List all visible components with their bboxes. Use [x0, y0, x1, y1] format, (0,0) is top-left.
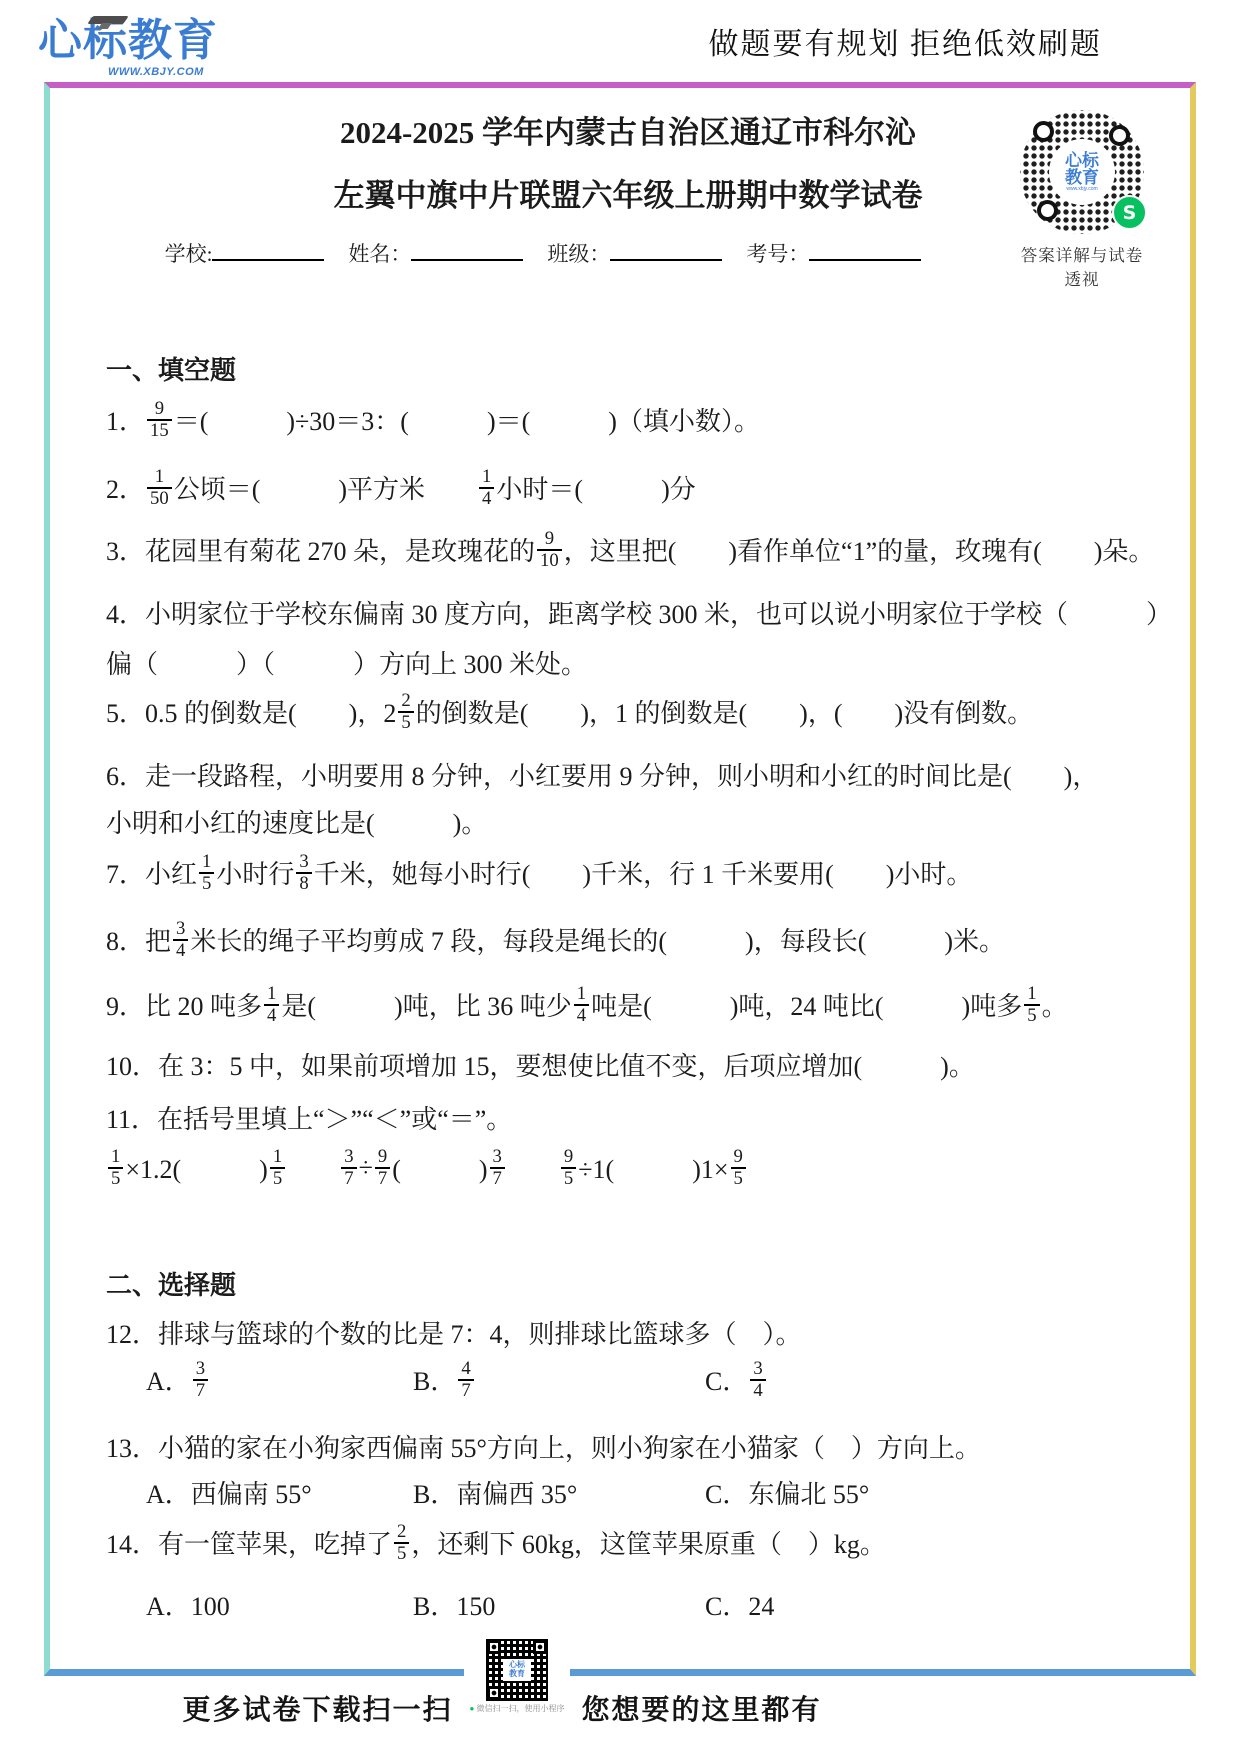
question-14-options: A．100 B．150 C．24: [106, 1582, 1150, 1628]
fraction: 37: [490, 1147, 505, 1188]
question-6-line1: 6．走一段路程，小明要用 8 分钟，小红要用 9 分钟，则小明和小红的时间比是(…: [106, 752, 1150, 798]
school-blank: [212, 238, 324, 261]
option-b: B．南偏西 35°: [413, 1474, 705, 1511]
name-blank: [411, 238, 523, 261]
question-12: 12．排球与篮球的个数的比是 7：4，则排球比篮球多（ ）。: [106, 1310, 1150, 1356]
class-label: 班级：: [547, 238, 722, 268]
answer-qr-code: 心标 教育 www.xbjy.com S: [1020, 110, 1144, 234]
question-7: 7．小红15小时行38千米，她每小时行( )千米，行 1 千米要用( )小时。: [106, 850, 1150, 896]
question-8: 8．把34米长的绳子平均剪成 7 段，每段是绳长的( )，每段长( )米。: [106, 917, 1150, 963]
fraction: 25: [398, 691, 413, 732]
paper-title-line1: 2024-2025 学年内蒙古自治区通辽市科尔沁: [106, 114, 1150, 153]
fraction: 150: [147, 467, 172, 508]
option-c: C．东偏北 55°: [705, 1474, 1150, 1511]
fraction: 95: [731, 1147, 746, 1188]
question-3: 3．花园里有菊花 270 朵，是玫瑰花的910，这里把( )看作单位“1”的量，…: [106, 527, 1150, 573]
fraction: 38: [296, 852, 311, 893]
footer-right-text: 您想要的这里都有: [582, 1688, 822, 1728]
qr-finder-square-icon: [487, 1686, 501, 1700]
class-blank: [610, 238, 722, 261]
download-qr-block: 心标 教育 ● 微信扫一扫，使用小程序: [464, 1636, 569, 1714]
fraction: 15: [270, 1147, 285, 1188]
mini-program-icon: S: [1112, 195, 1147, 230]
qr-finder-ring-icon: [1109, 125, 1130, 146]
option-b: B．150: [413, 1586, 705, 1623]
header-slogan: 做题要有规划 拒绝低效刷题: [709, 19, 1103, 63]
fraction: 34: [750, 1359, 765, 1400]
option-a: A．37: [146, 1359, 413, 1400]
question-1: 1．915＝( )÷30＝3：( )＝( )（填小数）。: [106, 397, 1150, 443]
question-13-options: A．西偏南 55° B．南偏西 35° C．东偏北 55°: [106, 1470, 1150, 1516]
question-14: 14．有一筐苹果，吃掉了25，还剩下 60kg，这筐苹果原重（ ）kg。: [106, 1520, 1150, 1566]
brand-logo-url: WWW.XBJY.COM: [108, 67, 204, 78]
fraction: 15: [108, 1147, 123, 1188]
fraction: 47: [458, 1359, 473, 1400]
school-label: 学校:: [165, 238, 325, 268]
fraction: 37: [193, 1359, 208, 1400]
exam-no-blank: [809, 238, 921, 261]
footer-left-text: 更多试卷下载扫一扫: [182, 1688, 452, 1728]
fraction: 14: [479, 467, 494, 508]
option-a: A．100: [146, 1586, 413, 1623]
question-11: 11．在括号里填上“＞”“＜”或“＝”。: [106, 1095, 1150, 1141]
qr-finder-square-icon: [533, 1640, 547, 1654]
answer-qr-caption: 答案详解与试卷透视: [1014, 242, 1150, 290]
download-qr-code: 心标 教育: [486, 1639, 548, 1701]
qr-mini-caption: ● 微信扫一扫，使用小程序: [469, 1703, 564, 1714]
student-info-row: 学校: 姓名： 班级： 考号：: [106, 238, 980, 268]
question-4-line2: 偏（ ）（ ）方向上 300 米处。: [106, 640, 1150, 686]
option-b: B．47: [413, 1359, 705, 1400]
fraction: 14: [264, 984, 279, 1025]
top-bar: 心标教育 WWW.XBJY.COM 做题要有规划 拒绝低效刷题: [0, 0, 1240, 82]
brand-logo-text: 心标教育: [38, 16, 218, 65]
option-c: C．34: [705, 1359, 1150, 1400]
question-10: 10．在 3：5 中，如果前项增加 15，要想使比值不变，后项应增加( )。: [106, 1042, 1150, 1088]
footer: 更多试卷下载扫一扫 心标 教育 ● 微信扫一扫，使用小程序 您想要的这里都有: [0, 1688, 1004, 1728]
question-13: 13．小猫的家在小狗家西偏南 55°方向上，则小狗家在小猫家（ ）方向上。: [106, 1424, 1150, 1470]
fraction: 37: [341, 1147, 356, 1188]
question-2: 2．150公顷＝( )平方米 14小时＝( )分: [106, 465, 1150, 511]
fraction: 95: [561, 1147, 576, 1188]
fraction: 915: [147, 399, 172, 440]
qr-finder-ring-icon: [1033, 121, 1054, 142]
name-label: 姓名：: [348, 238, 523, 268]
qr-finder-ring-icon: [1037, 200, 1058, 221]
option-c: C．24: [705, 1586, 1150, 1623]
fraction: 910: [537, 529, 562, 570]
qr-center-logo: 心标 教育: [503, 1659, 531, 1681]
qr-finder-square-icon: [487, 1640, 501, 1654]
section-fill-in-heading: 一、填空题: [106, 350, 1150, 387]
fraction: 15: [199, 852, 214, 893]
graduation-cap-icon: [87, 16, 129, 24]
qr-center-logo: 心标 教育 www.xbjy.com: [1049, 139, 1115, 205]
fraction: 97: [375, 1147, 390, 1188]
question-5: 5．0.5 的倒数是( )，225的倒数是( )，1 的倒数是( )，( )没有…: [106, 689, 1150, 735]
exam-paper: 2024-2025 学年内蒙古自治区通辽市科尔沁 左翼中旗中片联盟六年级上册期中…: [44, 82, 1196, 1676]
fraction: 34: [173, 919, 188, 960]
question-4-line1: 4．小明家位于学校东偏南 30 度方向，距离学校 300 米，也可以说小明家位于…: [106, 590, 1150, 636]
brand-logo: 心标教育 WWW.XBJY.COM: [38, 19, 218, 63]
question-9: 9．比 20 吨多14是( )吨，比 36 吨少14吨是( )吨，24 吨比( …: [106, 982, 1150, 1028]
option-a: A．西偏南 55°: [146, 1474, 413, 1511]
exam-no-label: 考号：: [746, 238, 921, 268]
answer-qr-block: 心标 教育 www.xbjy.com S 答案详解与试卷透视: [1014, 110, 1150, 290]
section-choice-heading: 二、选择题: [106, 1265, 1150, 1302]
fraction: 14: [574, 984, 589, 1025]
fraction: 15: [1024, 984, 1039, 1025]
question-6-line2: 小明和小红的速度比是( )。: [106, 799, 1150, 845]
paper-title-line2: 左翼中旗中片联盟六年级上册期中数学试卷: [106, 177, 1150, 216]
question-12-options: A．37 B．47 C．34: [106, 1357, 1150, 1403]
fraction: 25: [394, 1522, 409, 1563]
question-11-expressions: 15×1.2( )15 37÷97( )37 95÷1( )1×95: [106, 1145, 1150, 1191]
